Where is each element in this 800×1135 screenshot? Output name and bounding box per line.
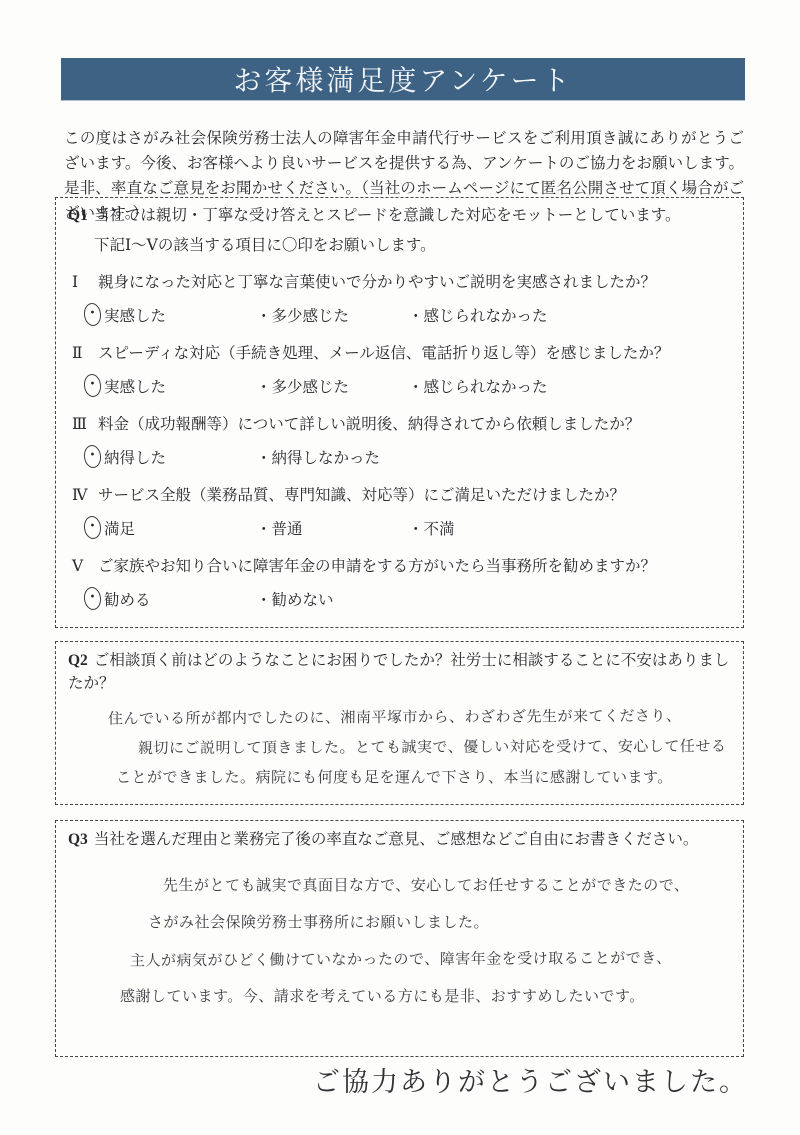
selection-circle-icon: [83, 515, 103, 540]
handwritten-line: 親切にご説明して頂きました。とても誠実で、優しい対応を受けて、安心して任せる: [138, 731, 731, 763]
q1-heading-text: 当社では親切・丁寧な受け答えとスピードを意識した対応をモットーとしています。: [94, 207, 681, 224]
handwritten-line: ことができました。病院にも何度も足を運んで下さり、本当に感謝しています。: [116, 762, 731, 792]
bullet-icon: [408, 375, 424, 397]
title-bar: お客様満足度アンケート: [61, 58, 745, 100]
handwritten-line: 先生がとても誠実で真面目な方で、安心してお任せすることができたので、: [163, 867, 731, 904]
q1-item-5-options: 勧める 勧めない: [86, 587, 731, 610]
bullet-icon: [408, 517, 424, 539]
q1-item-5: Ⅴご家族やお知り合いに障害年金の申請をする方がいたら当事務所を勧めますか？ 勧め…: [68, 554, 731, 610]
handwritten-line: 主人が病気がひどく働けていなかったので、障害年金を受け取ることができ、: [130, 939, 731, 979]
selection-circle-icon: [83, 373, 103, 398]
q2-heading: Q2ご相談頂く前はどのようなことにお困りでしたか？社労士に相談することに不安はあ…: [68, 649, 731, 695]
handwritten-line: さがみ社会保険労務士事務所にお願いしました。: [148, 904, 731, 941]
q1-item-4: Ⅳサービス全般（業務品質、専門知識、対応等）にご満足いただけましたか？ 満足 普…: [68, 483, 731, 539]
q1-section: Q1当社では親切・丁寧な受け答えとスピードを意識した対応をモットーとしています。…: [55, 197, 744, 628]
option: 感じられなかった: [408, 375, 548, 397]
option-selected: 満足: [86, 516, 256, 539]
selection-circle-icon: [83, 302, 103, 327]
option: 勧めない: [256, 588, 334, 610]
option-selected: 勧める: [86, 587, 256, 610]
q1-item-4-options: 満足 普通 不満: [86, 516, 731, 539]
q1-item-3: Ⅲ料金（成功報酬等）について詳しい説明後、納得されてから依頼しましたか？ 納得し…: [68, 412, 731, 468]
q1-item-1-options: 実感した 多少感じた 感じられなかった: [86, 303, 731, 326]
q2-handwritten-answer: 住んでいる所が都内でしたのに、湘南平塚市から、わざわざ先生が来てくださり、 親切…: [68, 702, 731, 792]
q1-item-2-numeral: Ⅱ: [72, 344, 98, 363]
option: 不満: [408, 517, 455, 539]
bullet-icon: [256, 517, 272, 539]
option-selected: 実感した: [86, 303, 256, 326]
q1-item-4-numeral: Ⅳ: [72, 486, 98, 505]
option-selected: 納得した: [86, 445, 256, 468]
q1-item-1-numeral: Ⅰ: [72, 273, 98, 292]
q2-section: Q2ご相談頂く前はどのようなことにお困りでしたか？社労士に相談することに不安はあ…: [55, 641, 744, 805]
q3-label: Q3: [68, 831, 88, 848]
q1-item-3-question: Ⅲ料金（成功報酬等）について詳しい説明後、納得されてから依頼しましたか？: [68, 412, 731, 434]
option: 普通: [256, 517, 408, 539]
bullet-icon: [256, 446, 272, 468]
q2-label: Q2: [68, 652, 88, 669]
option: 多少感じた: [256, 304, 408, 326]
q1-item-4-question: Ⅳサービス全般（業務品質、専門知識、対応等）にご満足いただけましたか？: [68, 483, 731, 505]
option-selected: 実感した: [86, 374, 256, 397]
bullet-icon: [256, 588, 272, 610]
q2-question: ご相談頂く前はどのようなことにお困りでしたか？社労士に相談することに不安はありま…: [68, 652, 729, 692]
q1-item-1: Ⅰ親身になった対応と丁寧な言葉使いで分かりやすいご説明を実感されましたか？ 実感…: [68, 270, 731, 326]
option: 納得しなかった: [256, 446, 380, 468]
q1-label: Q1: [68, 207, 88, 224]
option: 多少感じた: [256, 375, 408, 397]
q3-handwritten-answer: 先生がとても誠実で真面目な方で、安心してお任せすることができたので、 さがみ社会…: [68, 867, 731, 1015]
q1-heading: Q1当社では親切・丁寧な受け答えとスピードを意識した対応をモットーとしています。: [68, 204, 731, 227]
handwritten-line: 住んでいる所が都内でしたのに、湘南平塚市から、わざわざ先生が来てくださり、: [108, 700, 731, 733]
option: 感じられなかった: [408, 304, 548, 326]
selection-circle-icon: [83, 444, 103, 469]
page-title: お客様満足度アンケート: [233, 59, 572, 99]
survey-page: お客様満足度アンケート この度はさがみ社会保険労務士法人の障害年金申請代行サービ…: [0, 0, 800, 1135]
q1-item-5-question: Ⅴご家族やお知り合いに障害年金の申請をする方がいたら当事務所を勧めますか？: [68, 554, 731, 576]
q1-item-5-numeral: Ⅴ: [72, 557, 98, 576]
q1-item-3-options: 納得した 納得しなかった: [86, 445, 731, 468]
handwritten-line: 感謝しています。今、請求を考えている方にも是非、おすすめしたいです。: [120, 978, 731, 1015]
q1-item-2: Ⅱスピーディな対応（手続き処理、メール返信、電話折り返し等）を感じましたか？ 実…: [68, 341, 731, 397]
footer-thanks-text: ご協力ありがとうございました。: [313, 1060, 748, 1099]
q1-item-2-question: Ⅱスピーディな対応（手続き処理、メール返信、電話折り返し等）を感じましたか？: [68, 341, 731, 363]
bullet-icon: [256, 304, 272, 326]
q1-instruction: 下記Ⅰ～Ⅴの該当する項目に〇印をお願いします。: [94, 233, 731, 255]
bullet-icon: [408, 304, 424, 326]
bullet-icon: [256, 375, 272, 397]
q1-item-1-question: Ⅰ親身になった対応と丁寧な言葉使いで分かりやすいご説明を実感されましたか？: [68, 270, 731, 292]
q3-section: Q3当社を選んだ理由と業務完了後の率直なご意見、ご感想などご自由にお書きください…: [55, 820, 744, 1057]
q3-question: 当社を選んだ理由と業務完了後の率直なご意見、ご感想などご自由にお書きください。: [94, 831, 699, 848]
selection-circle-icon: [83, 586, 103, 611]
q1-item-2-options: 実感した 多少感じた 感じられなかった: [86, 374, 731, 397]
q3-heading: Q3当社を選んだ理由と業務完了後の率直なご意見、ご感想などご自由にお書きください…: [68, 828, 731, 851]
q1-item-3-numeral: Ⅲ: [72, 415, 98, 434]
